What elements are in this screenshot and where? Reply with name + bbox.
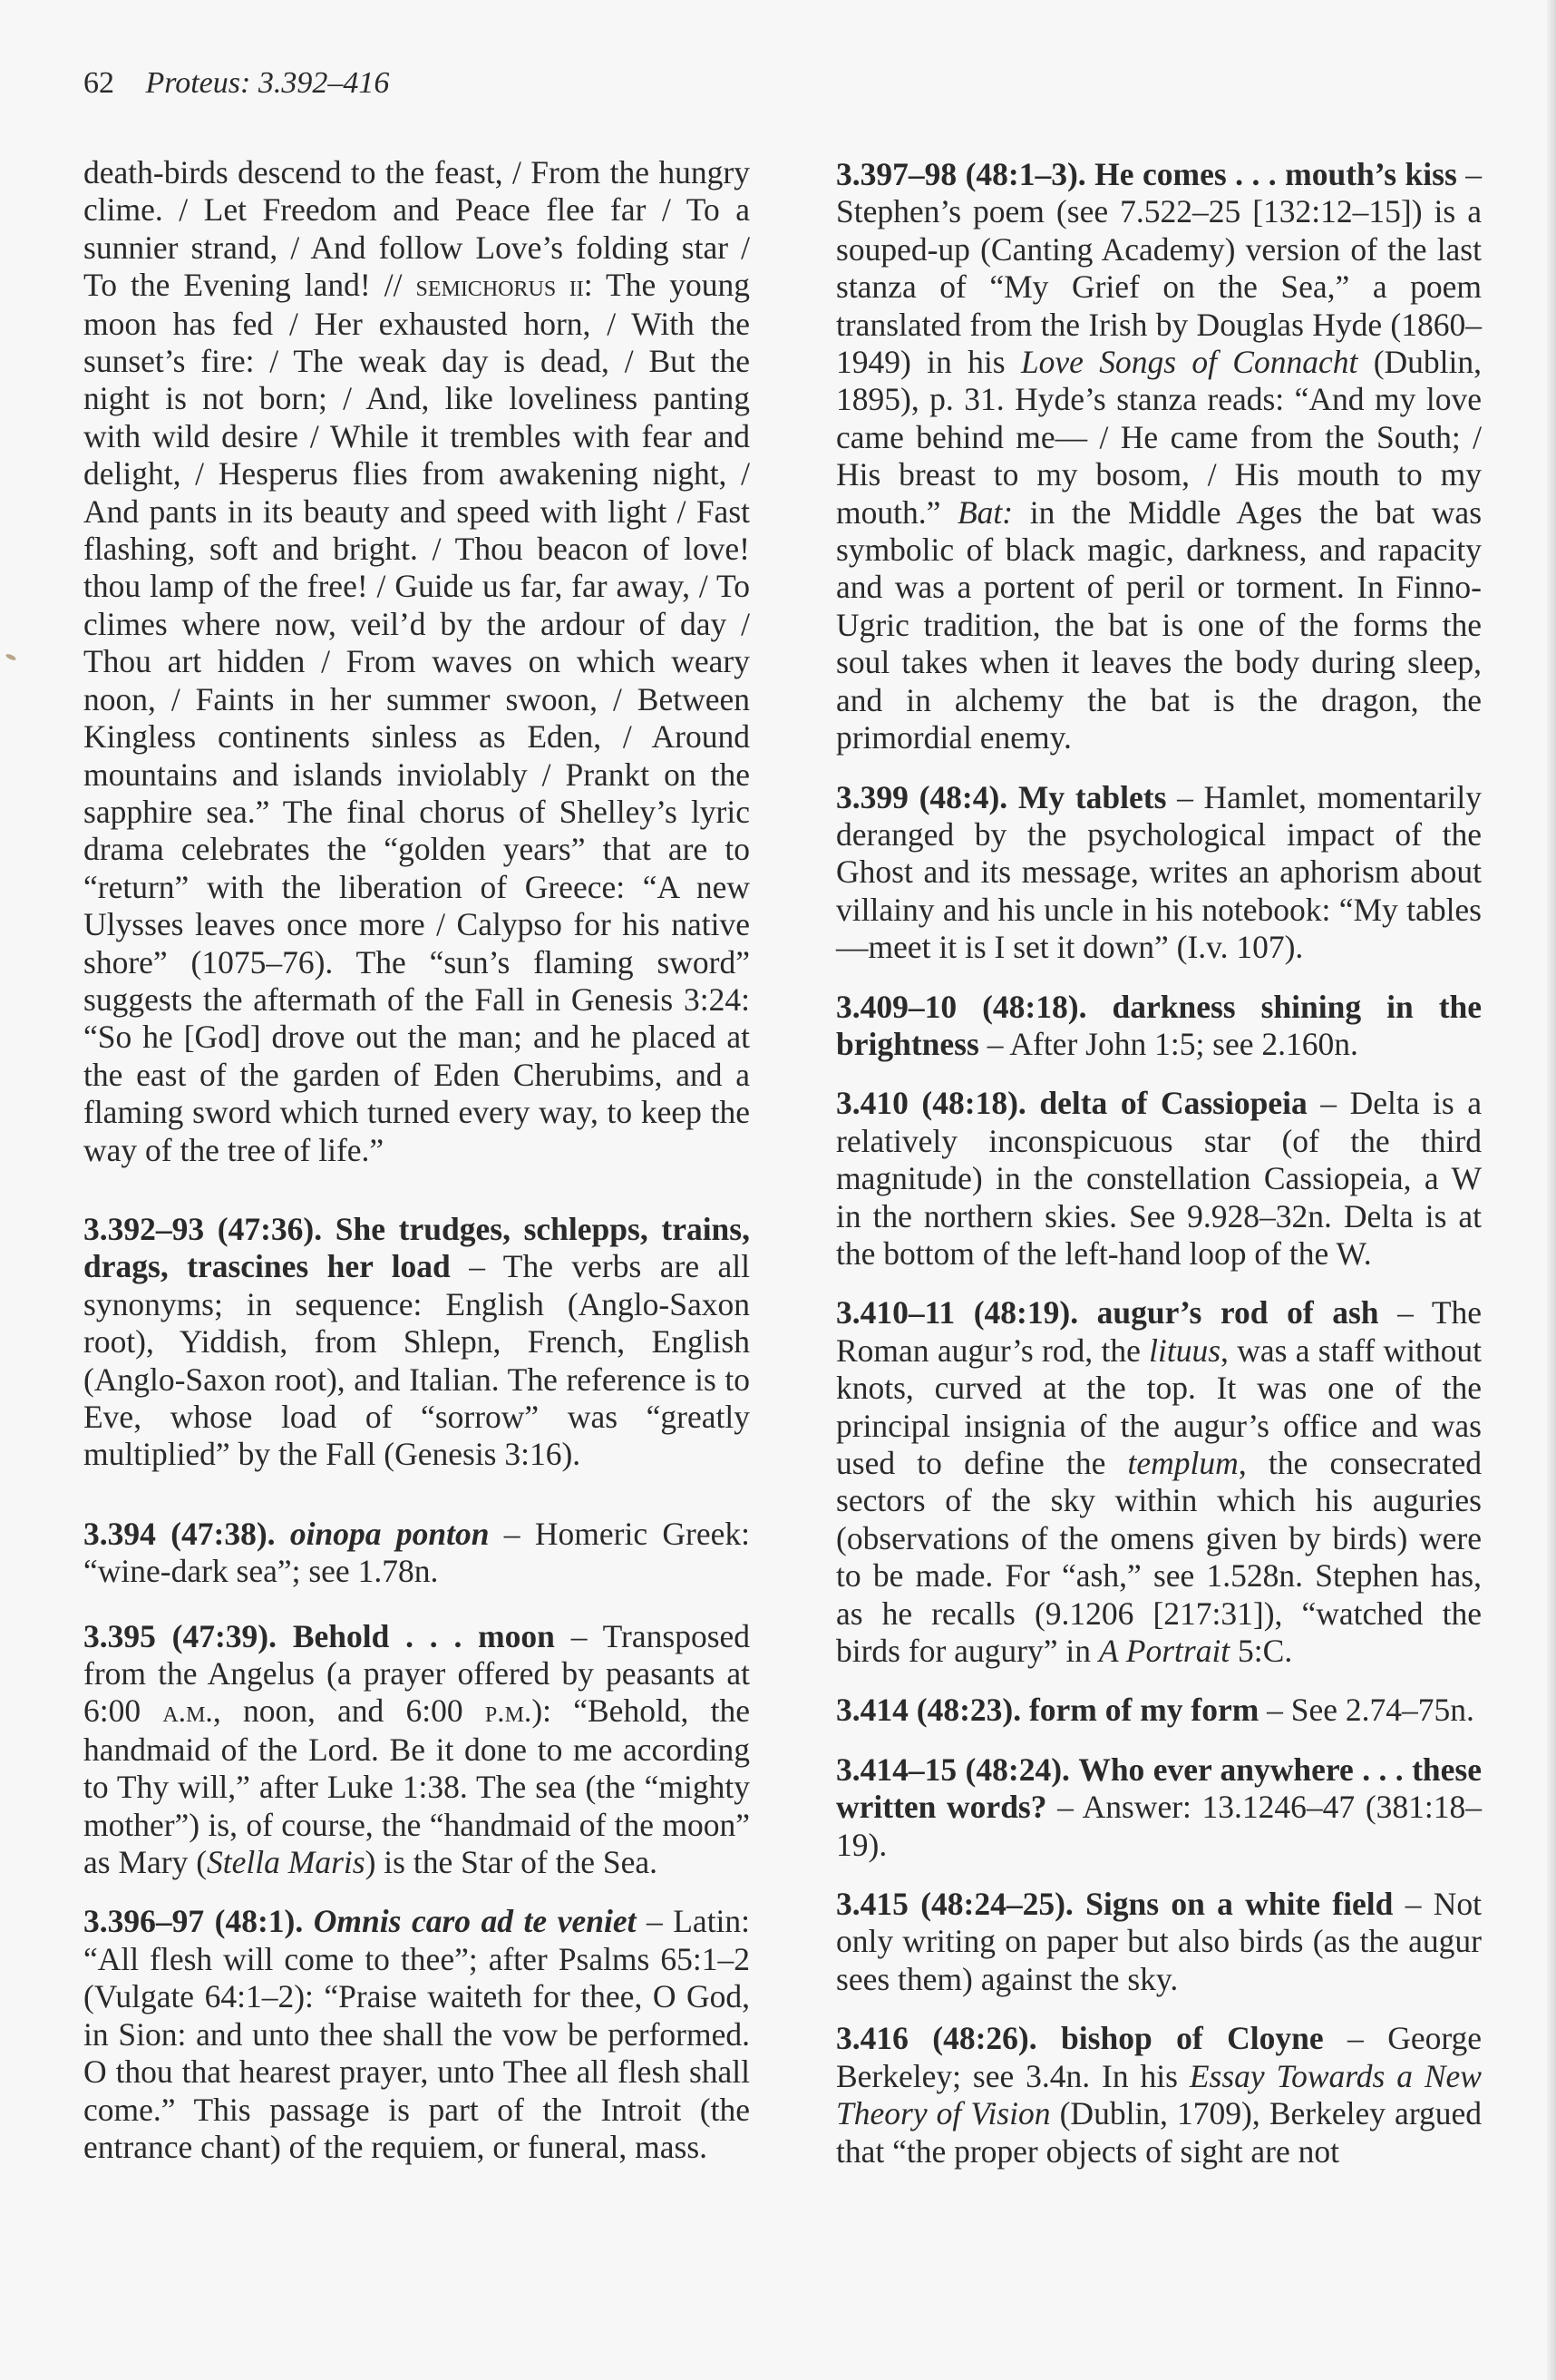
running-head: 62 Proteus: 3.392–416 <box>83 65 389 102</box>
note-3-397: 3.397–98 (48:1–3). He comes . . . mouth’… <box>836 156 1482 757</box>
note-dash: – <box>1457 156 1482 192</box>
note-3-414: 3.414 (48:23). form of my form – See 2.7… <box>836 1692 1482 1729</box>
note-lemma: Behold . . . moon <box>293 1618 555 1654</box>
note-dash: – <box>1308 1085 1350 1121</box>
templum-term: templum <box>1128 1445 1239 1481</box>
note-body: Latin: “All flesh will come to thee”; af… <box>83 1903 750 2164</box>
note-ref: 3.394 (47:38). <box>83 1516 276 1552</box>
pm-label: p.m. <box>485 1695 532 1729</box>
note-3-395: 3.395 (47:39). Behold . . . moon – Trans… <box>83 1618 750 1882</box>
note-lemma: He comes . . . mouth’s kiss <box>1094 156 1457 192</box>
note-3-415: 3.415 (48:24–25). Signs on a white field… <box>836 1886 1482 1998</box>
note-dash: – <box>1393 1886 1433 1922</box>
note-dash: – <box>1259 1692 1291 1728</box>
note-dash: – <box>979 1026 1010 1062</box>
portrait-title: A Portrait <box>1099 1633 1230 1669</box>
note-ref: 3.415 (48:24–25). <box>836 1886 1074 1922</box>
note-ref: 3.414–15 (48:24). <box>836 1751 1070 1788</box>
note-dash: – <box>451 1248 503 1284</box>
semichorus-label: semichorus ii <box>415 269 583 303</box>
note-body: 5:C. <box>1230 1633 1292 1669</box>
note-3-399: 3.399 (48:4). My tablets – Hamlet, momen… <box>836 779 1482 967</box>
note-ref: 3.410–11 (48:19). <box>836 1294 1078 1331</box>
note-3-394: 3.394 (47:38). oinopa ponton – Homeric G… <box>83 1516 750 1591</box>
note-3-416: 3.416 (48:26). bishop of Cloyne – George… <box>836 2020 1482 2170</box>
note-lemma: delta of Cassiopeia <box>1039 1085 1307 1121</box>
note-lemma: My tablets <box>1018 779 1167 815</box>
note-lemma: oinopa ponton <box>290 1516 490 1552</box>
running-title: Proteus: 3.392–416 <box>146 66 390 100</box>
note-lemma: form of my form <box>1029 1692 1259 1728</box>
note-3-392: 3.392–93 (47:36). She trudges, schlepps,… <box>83 1211 750 1474</box>
note-body: in the Middle Ages the bat was symbolic … <box>836 494 1482 756</box>
left-column: death-birds descend to the feast, / From… <box>83 154 750 2188</box>
note-ref: 3.395 (47:39). <box>83 1618 277 1654</box>
note-3-414-15: 3.414–15 (48:24). Who ever anywhere . . … <box>836 1751 1482 1864</box>
poem-quote-part-2: : The young moon has fed / Her exhausted… <box>83 267 750 1167</box>
continued-paragraph: death-birds descend to the feast, / From… <box>83 154 750 1169</box>
note-body: ) is the Star of the Sea. <box>365 1844 657 1880</box>
note-ref: 3.414 (48:23). <box>836 1692 1021 1728</box>
right-column: 3.397–98 (48:1–3). He comes . . . mouth’… <box>836 156 1482 2192</box>
note-lemma: Omnis caro ad te veniet <box>314 1903 637 1939</box>
lituus-term: lituus <box>1149 1332 1220 1369</box>
note-ref: 3.416 (48:26). <box>836 2020 1037 2056</box>
note-lemma: Signs on a white field <box>1085 1886 1393 1922</box>
note-dash: – <box>555 1618 603 1654</box>
stella-maris: Stella Maris <box>207 1844 365 1880</box>
note-dash: – <box>1166 779 1203 815</box>
note-ref: 3.397–98 (48:1–3). <box>836 156 1086 192</box>
book-title: Love Songs of Connacht <box>1021 344 1357 380</box>
note-ref: 3.399 (48:4). <box>836 779 1007 815</box>
note-dash: – <box>1379 1294 1432 1331</box>
note-body: After John 1:5; see 2.160n. <box>1009 1026 1358 1062</box>
note-lemma: bishop of Cloyne <box>1061 2020 1324 2056</box>
note-body: See 2.74–75n. <box>1291 1692 1474 1728</box>
bat-label: Bat: <box>958 494 1013 531</box>
note-3-409: 3.409–10 (48:18). darkness shining in th… <box>836 989 1482 1064</box>
paper-speck <box>5 653 17 662</box>
note-ref: 3.409–10 (48:18). <box>836 989 1086 1025</box>
note-3-410-11: 3.410–11 (48:19). augur’s rod of ash – T… <box>836 1294 1482 1670</box>
note-dash: – <box>1324 2020 1388 2056</box>
note-ref: 3.392–93 (47:36). <box>83 1211 322 1247</box>
page-edge-shadow <box>1547 0 1556 2380</box>
note-body: , noon, and 6:00 <box>213 1692 485 1729</box>
note-ref: 3.410 (48:18). <box>836 1085 1026 1121</box>
note-dash: – <box>489 1516 534 1552</box>
note-3-410: 3.410 (48:18). delta of Cassiopeia – Del… <box>836 1085 1482 1273</box>
page-number: 62 <box>83 66 114 100</box>
am-label: a.m. <box>162 1695 213 1729</box>
note-3-396: 3.396–97 (48:1). Omnis caro ad te veniet… <box>83 1903 750 2166</box>
note-ref: 3.396–97 (48:1). <box>83 1903 303 1939</box>
note-lemma: augur’s rod of ash <box>1097 1294 1379 1331</box>
note-dash: – <box>1047 1789 1083 1825</box>
note-dash: – <box>636 1903 673 1939</box>
